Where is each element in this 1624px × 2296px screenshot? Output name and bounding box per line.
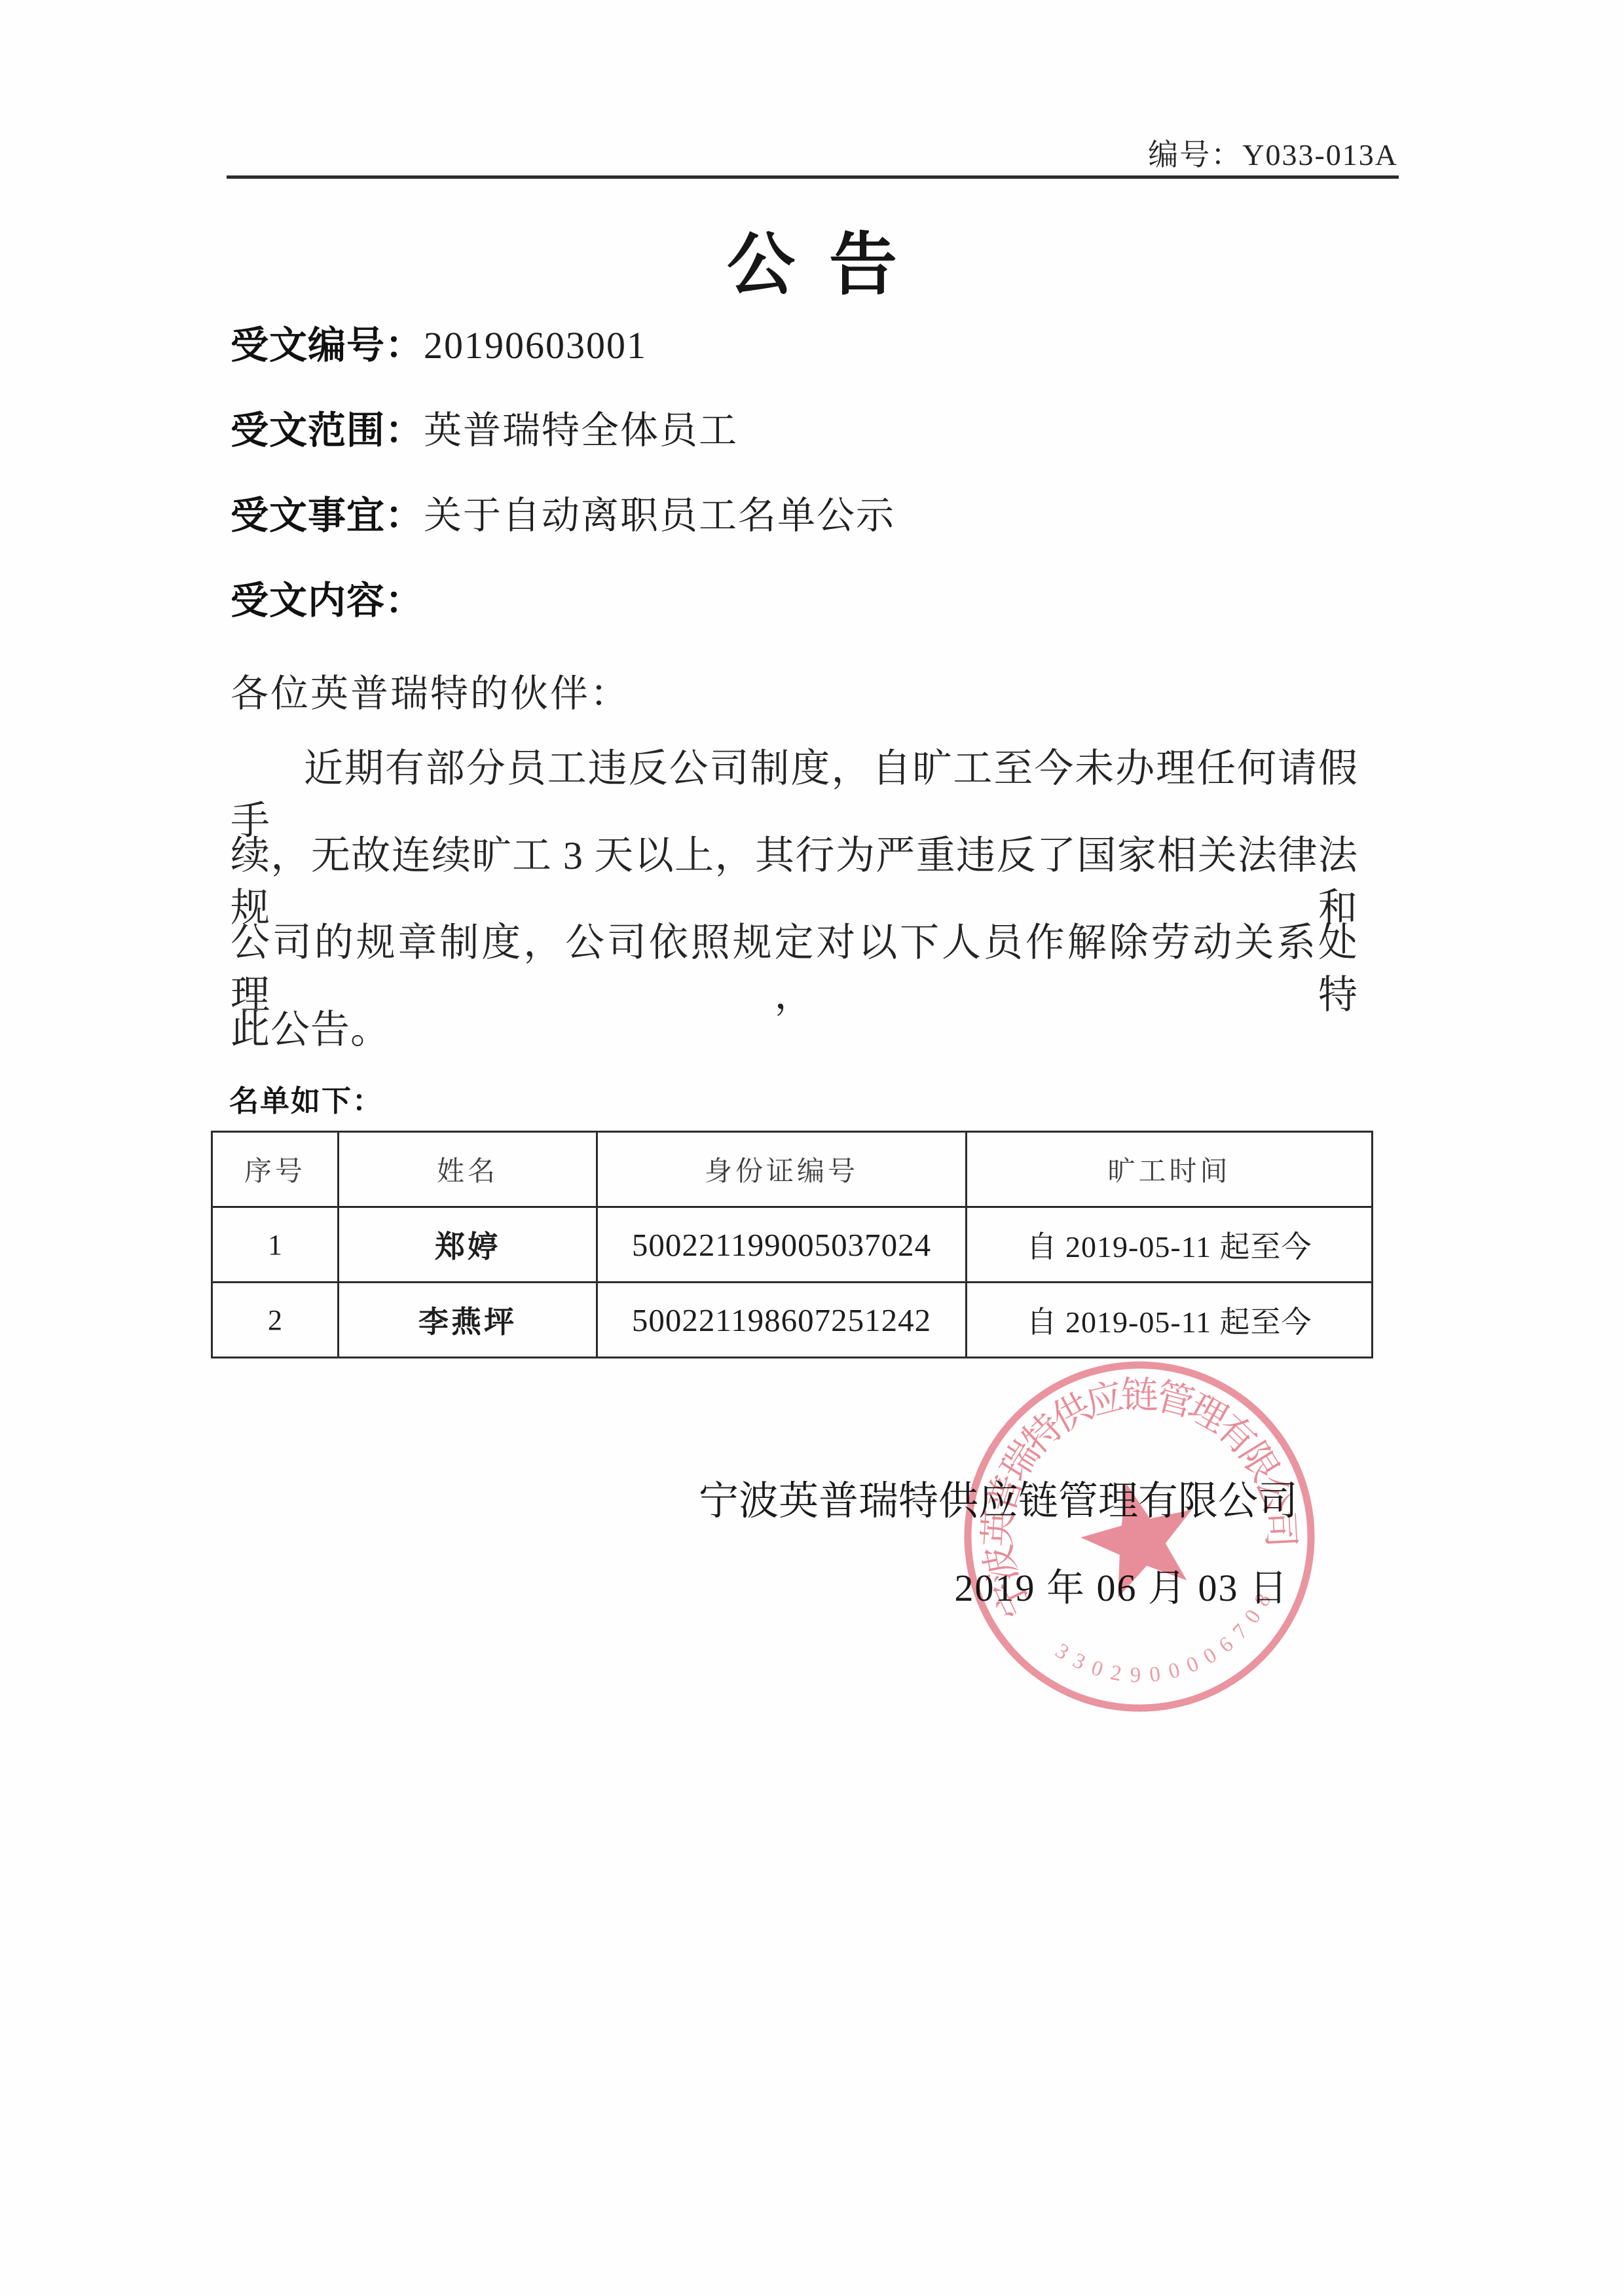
- field-doc-id: 受文编号：20190603001: [231, 322, 895, 407]
- cell-id: 500221198607251242: [597, 1283, 967, 1358]
- col-header-id: 身份证编号: [597, 1132, 967, 1207]
- table-row: 1 郑婷 500221199005037024 自 2019-05-11 起至今: [212, 1207, 1373, 1283]
- field-content: 受文内容：: [231, 577, 895, 663]
- body-line: 近期有部分员工违反公司制度，自旷工至今未办理任何请假手: [231, 742, 1358, 829]
- field-scope: 受文范围：英普瑞特全体员工: [231, 407, 895, 492]
- cell-absence: 自 2019-05-11 起至今: [967, 1207, 1373, 1283]
- table-header-row: 序号 姓名 身份证编号 旷工时间: [212, 1132, 1373, 1207]
- salutation: 各位英普瑞特的伙伴：: [231, 663, 630, 718]
- field-label: 受文内容：: [231, 579, 424, 622]
- field-label: 受文编号：: [231, 324, 424, 367]
- col-header-index: 序号: [212, 1132, 339, 1207]
- doc-number: 编号：Y033-013A: [1148, 131, 1398, 174]
- list-intro: 名单如下：: [229, 1077, 383, 1120]
- page-title: 公 告: [0, 210, 1624, 308]
- signature-company: 宁波英普瑞特供应链管理有限公司: [699, 1469, 1298, 1526]
- cell-id: 500221199005037024: [597, 1207, 967, 1283]
- cell-name: 李燕坪: [339, 1283, 597, 1358]
- field-value: 20190603001: [424, 324, 647, 367]
- announcement-document: 编号：Y033-013A 公 告 受文编号：20190603001 受文范围：英…: [0, 0, 1624, 2296]
- body-text: 近期有部分员工违反公司制度，自旷工至今未办理任何请假手 续，无故连续旷工 3 天…: [231, 742, 1358, 1091]
- cell-name: 郑婷: [339, 1207, 597, 1283]
- field-value: 英普瑞特全体员工: [424, 409, 738, 452]
- col-header-name: 姓名: [339, 1132, 597, 1207]
- field-label: 受文范围：: [231, 409, 424, 452]
- stamp-ring: [931, 1328, 1347, 1744]
- field-label: 受文事宜：: [231, 494, 424, 537]
- body-line: 续，无故连续旷工 3 天以上，其行为严重违反了国家相关法律法规和: [231, 829, 1358, 917]
- col-header-absence: 旷工时间: [967, 1132, 1373, 1207]
- table-row: 2 李燕坪 500221198607251242 自 2019-05-11 起至…: [212, 1283, 1373, 1358]
- document-fields: 受文编号：20190603001 受文范围：英普瑞特全体员工 受文事宜：关于自动…: [231, 322, 895, 663]
- cell-index: 1: [212, 1207, 339, 1283]
- cell-absence: 自 2019-05-11 起至今: [967, 1283, 1373, 1358]
- field-subject: 受文事宜：关于自动离职员工名单公示: [231, 492, 895, 577]
- header-rule: [227, 175, 1399, 179]
- dismissed-employees-table: 序号 姓名 身份证编号 旷工时间 1 郑婷 500221199005037024…: [211, 1131, 1373, 1358]
- field-value: 关于自动离职员工名单公示: [424, 494, 895, 537]
- signature-date: 2019 年 06 月 03 日: [954, 1557, 1289, 1612]
- body-line: 公司的规章制度，公司依照规定对以下人员作解除劳动关系处理，特: [231, 917, 1358, 1004]
- company-seal-stamp: 宁波英普瑞特供应链管理有限公司 3302900006708: [908, 1305, 1371, 1768]
- cell-index: 2: [212, 1283, 339, 1358]
